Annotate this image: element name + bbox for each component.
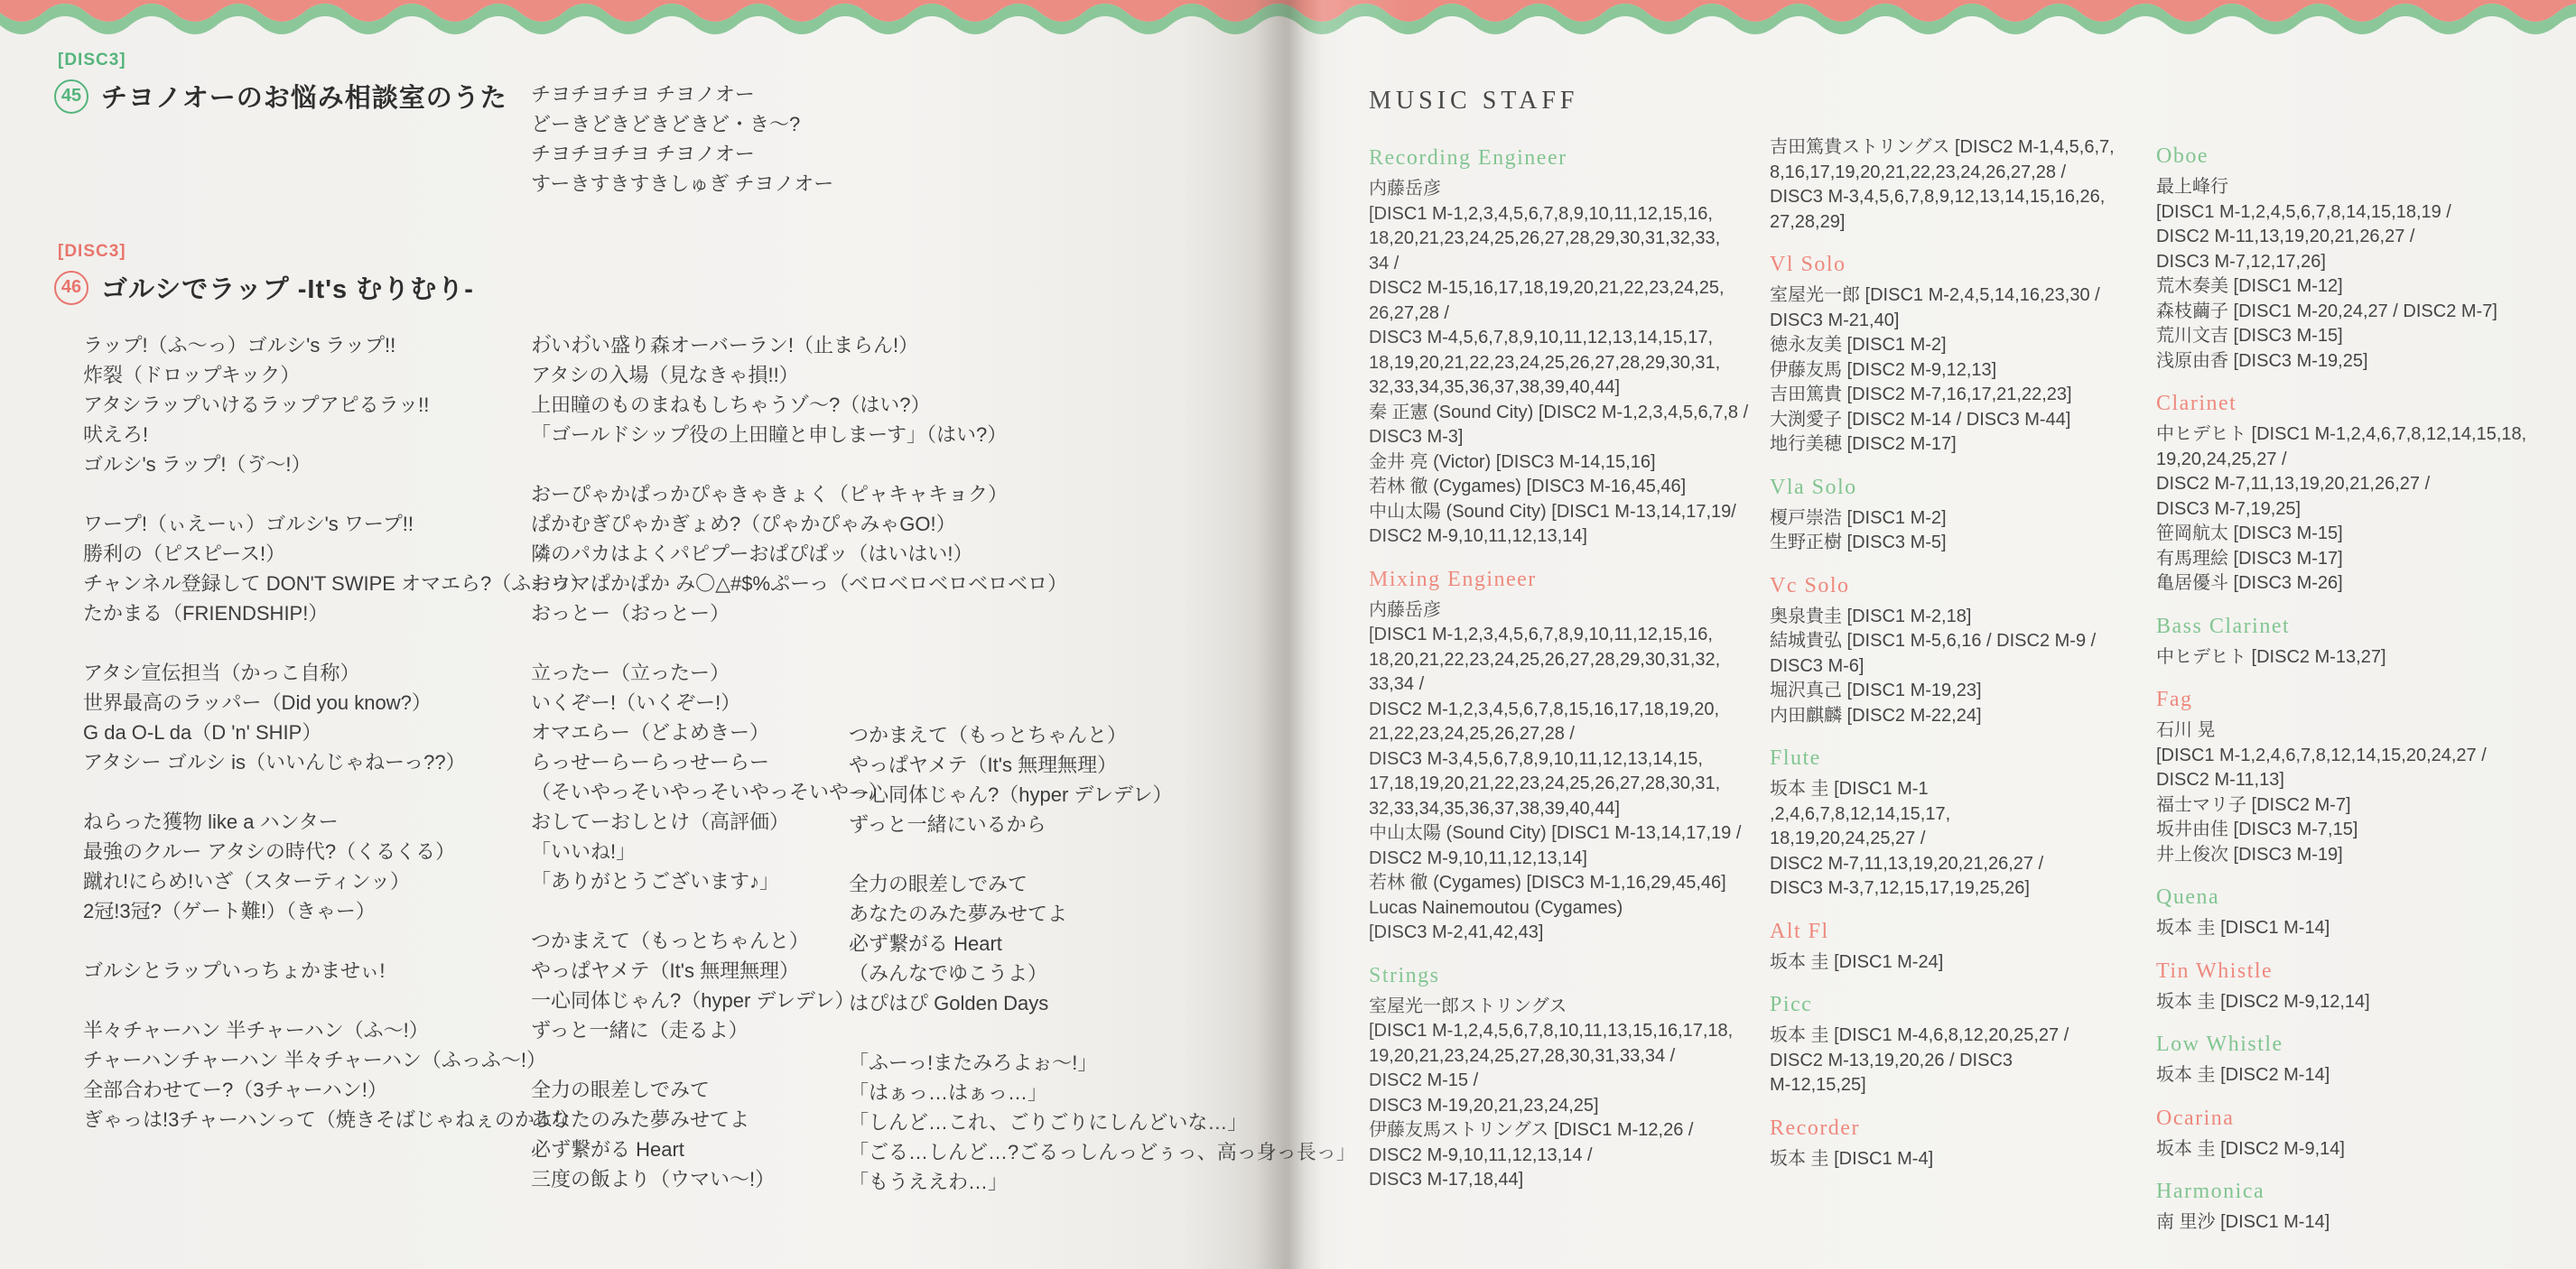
lyric-line: 上田瞳のものまねもしちゃうゾ〜?（はい?） (531, 390, 1067, 420)
credit-line: [DISC1 M-1,2,3,4,5,6,7,8,9,10,11,12,15,1… (1369, 202, 1748, 227)
staff-section: Recording Engineer内藤岳彦[DISC1 M-1,2,3,4,5… (1369, 143, 1748, 550)
lyric-line: どーきどきどきどきど・き〜? (531, 109, 833, 139)
credit-line: 34 / (1369, 252, 1748, 277)
staff-section: Alt Fl坂本 圭 [DISC1 M-24] (1770, 916, 2115, 976)
credit-line: 中山太陽 (Sound City) [DISC1 M-13,14,17,19 / (1369, 821, 1748, 847)
staff-section-heading: Vc Solo (1770, 570, 2115, 601)
credit-line: 大渕愛子 [DISC2 M-14 / DISC3 M-44] (1770, 408, 2115, 433)
lyric-line: アタシー ゴルシ is（いいんじゃねーっ??） (83, 747, 590, 777)
credit-line: 浅原由香 [DISC3 M-19,25] (2156, 349, 2526, 375)
staff-section-heading: Flute (1770, 743, 2115, 773)
lyric-block: おーぴゃかぱっかぴゃきゃきょく（ピャキャキョク）ぱかむぎぴゃかぎょめ?（ぴゃかぴ… (531, 479, 1067, 628)
credit-line: 南 里沙 [DISC1 M-14] (2156, 1210, 2526, 1236)
credit-line: 坂本 圭 [DISC2 M-9,14] (2156, 1137, 2526, 1162)
credit-line: 室屋光一郎ストリングス (1369, 995, 1748, 1020)
lyric-line: すーきすきすきしゅぎ チヨノオー (531, 169, 833, 199)
staff-section-heading: Alt Fl (1770, 916, 2115, 947)
lyric-line: 吠えろ! (83, 420, 590, 449)
credit-line: 坂本 圭 [DISC1 M-1 (1770, 777, 2115, 802)
credit-line: 坂本 圭 [DISC1 M-24] (1770, 950, 2115, 976)
credit-line: 坂本 圭 [DISC2 M-9,12,14] (2156, 990, 2526, 1015)
disc-label-track-46: [DISC3] (58, 242, 126, 262)
staff-section-heading: Tin Whistle (2156, 956, 2526, 986)
lyric-line: 世界最高のラッパー（Did you know?） (83, 688, 590, 718)
credit-line: DISC3 M-3,4,5,6,7,8,9,12,13,14,15,16,26, (1770, 185, 2115, 210)
lyric-line: ゴルシとラップいっちょかませぃ! (83, 956, 590, 986)
decorative-wave-banner (0, 0, 2576, 45)
lyric-line: 一心同体じゃん?（hyper デレデレ） (849, 780, 1356, 810)
lyric-line: つかまえて（もっとちゃんと） (849, 720, 1356, 750)
credit-line: M-12,15,25] (1770, 1073, 2115, 1098)
lyric-block: チヨチヨチヨ チヨノオーどーきどきどきどきど・き〜?チヨチヨチヨ チヨノオーすー… (531, 79, 833, 199)
lyric-block: ねらった獲物 like a ハンター最強のクルー アタシの時代?（くるくる）蹴れ… (83, 807, 590, 926)
credit-line: DISC2 M-1,2,3,4,5,6,7,8,15,16,17,18,19,2… (1369, 698, 1748, 723)
credit-line: DISC2 M-13,19,20,26 / DISC3 (1770, 1049, 2115, 1074)
staff-section: Vla Solo榎戸崇浩 [DISC1 M-2]生野正樹 [DISC3 M-5] (1770, 472, 2115, 556)
credit-line: 荒木奏美 [DISC1 M-12] (2156, 274, 2526, 300)
lyric-line: アタシラップいけるラップアピるラッ!! (83, 390, 590, 420)
staff-section: Strings室屋光一郎ストリングス[DISC1 M-1,2,4,5,6,7,8… (1369, 960, 1748, 1193)
lyric-line: ぎゃっは!3チャーハンって（焼きそばじゃねぇのかよ!） (83, 1105, 590, 1135)
credit-line: 32,33,34,35,36,37,38,39,40,44] (1369, 797, 1748, 822)
staff-section-heading: Oboe (2156, 141, 2526, 171)
credit-line: 室屋光一郎 [DISC1 M-2,4,5,14,16,23,30 / (1770, 283, 2115, 309)
credit-line: 井上俊次 [DISC3 M-19] (2156, 843, 2526, 868)
track-45-header: 45 チヨノオーのお悩み相談室のうた (54, 78, 507, 115)
credit-line: 坂本 圭 [DISC2 M-14] (2156, 1063, 2526, 1088)
lyric-line: 「はぁっ…はぁっ…」 (849, 1078, 1356, 1107)
credit-line: 中ヒデヒト [DISC1 M-1,2,4,6,7,8,12,14,15,18, (2156, 422, 2526, 448)
credit-line: 吉田篤貴ストリングス [DISC2 M-1,4,5,6,7, (1770, 135, 2115, 161)
credit-line: [DISC1 M-1,2,4,5,6,7,8,10,11,13,15,16,17… (1369, 1019, 1748, 1044)
lyric-line: ラップ!（ふ〜っ）ゴルシ's ラップ!! (83, 330, 590, 360)
staff-section: Harmonica南 里沙 [DISC1 M-14] (2156, 1176, 2526, 1236)
lyric-block: わ゙いわ゙い盛り森オーバーラン!（止まらん!）アタシの入場（見なきゃ損!!）上田… (531, 330, 1067, 449)
staff-section-heading: Vla Solo (1770, 472, 2115, 503)
credit-line: 内藤岳彦 (1369, 598, 1748, 624)
lyric-line: わ゙いわ゙い盛り森オーバーラン!（止まらん!） (531, 330, 1067, 360)
credit-line: 生野正樹 [DISC3 M-5] (1770, 531, 2115, 556)
credit-line: 8,16,17,19,20,21,22,23,24,26,27,28 / (1770, 161, 2115, 186)
lyric-line: 隣のパカはよくパピプーおぱぴぱッ（はいはい!） (531, 539, 1067, 569)
staff-section: Mixing Engineer内藤岳彦[DISC1 M-1,2,3,4,5,6,… (1369, 564, 1748, 946)
credit-line: 27,28,29] (1770, 210, 2115, 236)
credit-line: [DISC1 M-1,2,4,6,7,8,12,14,15,20,24,27 / (2156, 744, 2526, 769)
staff-column-2: 吉田篤貴ストリングス [DISC2 M-1,4,5,6,7,8,16,17,19… (1770, 135, 2115, 1186)
credit-line: 32,33,34,35,36,37,38,39,40,44] (1369, 375, 1748, 401)
credit-line: 有馬理絵 [DISC3 M-17] (2156, 547, 2526, 572)
lyric-line: 炸裂（ドロップキック） (83, 360, 590, 390)
lyric-line: チヨチヨチヨ チヨノオー (531, 139, 833, 169)
credit-line: 伊藤友馬 [DISC2 M-9,12,13] (1770, 358, 2115, 384)
lyric-line: 蹴れ!にらめ!いざ（スターティンッ） (83, 866, 590, 896)
credit-line: 吉田篤貴 [DISC2 M-7,16,17,21,22,23] (1770, 383, 2115, 408)
lyric-line: 全部合わせてー?（3チャーハン!） (83, 1075, 590, 1105)
credit-line: 亀居優斗 [DISC3 M-26] (2156, 571, 2526, 597)
lyric-line: チヨチヨチヨ チヨノオー (531, 79, 833, 109)
lyric-block: ワープ!（ぃえーぃ）ゴルシ's ワープ!!勝利の（ピスピース!）チャンネル登録し… (83, 509, 590, 628)
lyric-line: おっとー（おっとー） (531, 598, 1067, 628)
staff-section: Tin Whistle坂本 圭 [DISC2 M-9,12,14] (2156, 956, 2526, 1015)
credit-line: 17,18,19,20,21,22,23,24,25,26,27,28,30,3… (1369, 772, 1748, 797)
lyric-block: つかまえて（もっとちゃんと）やっぱヤメテ（It's 無理無理）一心同体じゃん?（… (849, 720, 1356, 839)
lyric-block: 半々チャーハン 半チャーハン（ふ〜!）チャーハンチャーハン 半々チャーハン（ふっ… (83, 1015, 590, 1135)
music-staff-title: MUSIC STAFF (1369, 87, 1579, 116)
staff-section: Vl Solo室屋光一郎 [DISC1 M-2,4,5,14,16,23,30 … (1770, 249, 2115, 458)
lyric-block: ラップ!（ふ〜っ）ゴルシ's ラップ!!炸裂（ドロップキック）アタシラップいける… (83, 330, 590, 479)
track-46-lyrics-column-3: つかまえて（もっとちゃんと）やっぱヤメテ（It's 無理無理）一心同体じゃん?（… (849, 720, 1356, 1227)
credit-line: 18,19,20,24,25,27 / (1770, 827, 2115, 852)
credit-line: 秦 正憲 (Sound City) [DISC2 M-1,2,3,4,5,6,7… (1369, 401, 1748, 426)
credit-line: DISC3 M-6] (1770, 654, 2115, 680)
lyric-line: G da O-L da（D 'n' SHIP） (83, 718, 590, 747)
staff-section-heading: Ocarina (2156, 1103, 2526, 1134)
credit-line: DISC2 M-15,16,17,18,19,20,21,22,23,24,25… (1369, 276, 1748, 301)
lyric-line: 「ごる…しんど…?ごるっしんっどぅっ、高っ身っ長っ」 (849, 1137, 1356, 1167)
credit-line: DISC2 M-7,11,13,19,20,21,26,27 / (2156, 472, 2526, 497)
lyric-line: アタシの入場（見なきゃ損!!） (531, 360, 1067, 390)
credit-line: DISC2 M-11,13] (2156, 768, 2526, 793)
lyric-line: ねらった獲物 like a ハンター (83, 807, 590, 837)
lyric-line: ずっと一緒にいるから (849, 810, 1356, 839)
credit-line: 堀沢真己 [DISC1 M-19,23] (1770, 679, 2115, 704)
lyric-line: ワープ!（ぃえーぃ）ゴルシ's ワープ!! (83, 509, 590, 539)
credit-line: DISC3 M-3] (1369, 425, 1748, 450)
lyric-line: 必ず繋がる Heart (849, 929, 1356, 959)
credit-line: 中ヒデヒト [DISC2 M-13,27] (2156, 645, 2526, 671)
staff-section: Oboe最上峰行[DISC1 M-1,2,4,5,6,7,8,14,15,18,… (2156, 141, 2526, 374)
credit-line: DISC3 M-19,20,21,23,24,25] (1369, 1094, 1748, 1119)
credit-line: 最上峰行 (2156, 175, 2526, 200)
credit-line: 伊藤友馬ストリングス [DISC1 M-12,26 / (1369, 1118, 1748, 1144)
staff-section: Bass Clarinet中ヒデヒト [DISC2 M-13,27] (2156, 611, 2526, 671)
staff-section-heading: Vl Solo (1770, 249, 2115, 280)
staff-section-heading: Quena (2156, 882, 2526, 912)
credit-line: DISC3 M-3,4,5,6,7,8,9,10,11,12,13,14,15, (1369, 747, 1748, 773)
credit-line: DISC3 M-4,5,6,7,8,9,10,11,12,13,14,15,17… (1369, 326, 1748, 351)
credit-line: DISC3 M-3,7,12,15,17,19,25,26] (1770, 876, 2115, 902)
lyric-line: チャンネル登録して DON'T SWIPE オマエら?（ふーっ） (83, 569, 590, 598)
credit-line: 若林 徹 (Cygames) [DISC3 M-16,45,46] (1369, 475, 1748, 500)
credit-line: 内田麒麟 [DISC2 M-22,24] (1770, 704, 2115, 729)
staff-section-heading: Strings (1369, 960, 1748, 991)
staff-section: Clarinet中ヒデヒト [DISC1 M-1,2,4,6,7,8,12,14… (2156, 388, 2526, 597)
credit-line: [DISC1 M-1,2,4,5,6,7,8,14,15,18,19 / (2156, 200, 2526, 226)
credit-line: DISC2 M-15 / (1369, 1069, 1748, 1094)
credit-line: Lucas Nainemoutou (Cygames) (1369, 896, 1748, 922)
credit-line: 18,19,20,21,22,23,24,25,26,27,28,29,30,3… (1369, 351, 1748, 376)
credit-line: 19,20,21,23,24,25,27,28,30,31,33,34 / (1369, 1044, 1748, 1070)
lyric-block: 全力の眼差しでみてあなたのみた夢みせてよ必ず繋がる Heart（みんなでゆこうよ… (849, 869, 1356, 1018)
staff-section: Recorder坂本 圭 [DISC1 M-4] (1770, 1113, 2115, 1172)
credit-line: 19,20,24,25,27 / (2156, 448, 2526, 473)
lyric-line: たかまる（FRIENDSHIP!） (83, 598, 590, 628)
credit-line: DISC2 M-9,10,11,12,13,14 / (1369, 1144, 1748, 1169)
lyric-line: チャーハンチャーハン 半々チャーハン（ふっふ〜!） (83, 1045, 590, 1075)
credit-line: 笹岡航太 [DISC3 M-15] (2156, 522, 2526, 547)
lyric-line: 「ふーっ!またみろよぉ〜!」 (849, 1048, 1356, 1078)
lyric-block: アタシ宣伝担当（かっこ自称）世界最高のラッパー（Did you know?）G … (83, 658, 590, 777)
lyric-line: ゴルシ's ラップ!（ゔ〜!） (83, 449, 590, 479)
lyric-line: はぴはぴ Golden Days (849, 988, 1356, 1018)
lyric-block: 「ふーっ!またみろよぉ〜!」「はぁっ…はぁっ…」「しんど…これ、ごりごりにしんど… (849, 1048, 1356, 1197)
disc-label-track-45: [DISC3] (58, 51, 126, 70)
credit-line: 坂本 圭 [DISC1 M-4,6,8,12,20,25,27 / (1770, 1024, 2115, 1049)
lyric-line: （みんなでゆこうよ） (849, 959, 1356, 988)
credit-line: [DISC1 M-1,2,3,4,5,6,7,8,9,10,11,12,15,1… (1369, 623, 1748, 648)
track-46-header: 46 ゴルシでラップ -It's むりむり- (54, 269, 474, 306)
credit-line: 内藤岳彦 (1369, 177, 1748, 202)
credit-line: 26,27,28 / (1369, 301, 1748, 327)
staff-section: Ocarina坂本 圭 [DISC2 M-9,14] (2156, 1103, 2526, 1162)
credit-line: 結城貴弘 [DISC1 M-5,6,16 / DISC2 M-9 / (1770, 629, 2115, 654)
track-46-title: ゴルシでラップ -It's むりむり- (101, 269, 474, 306)
lyric-line: ぱかむぎぴゃかぎょめ?（ぴゃかぴゃみゃGO!） (531, 509, 1067, 539)
lyric-line: 勝利の（ピスピース!） (83, 539, 590, 569)
credit-line: 坂本 圭 [DISC1 M-14] (2156, 916, 2526, 941)
staff-section-heading: Harmonica (2156, 1176, 2526, 1207)
lyric-line: いくぞー!（いくぞー!） (531, 688, 1067, 718)
staff-section: Picc坂本 圭 [DISC1 M-4,6,8,12,20,25,27 /DIS… (1770, 989, 2115, 1098)
track-45-title: チヨノオーのお悩み相談室のうた (101, 78, 507, 115)
staff-section: Fag石川 晃[DISC1 M-1,2,4,6,7,8,12,14,15,20,… (2156, 684, 2526, 867)
credit-line: 18,20,21,23,24,25,26,27,28,29,30,31,32,3… (1369, 227, 1748, 252)
lyric-line: 立ったー（立ったー） (531, 658, 1067, 688)
lyric-line: 「しんど…これ、ごりごりにしんどいな…」 (849, 1107, 1356, 1137)
staff-section: 吉田篤貴ストリングス [DISC2 M-1,4,5,6,7,8,16,17,19… (1770, 135, 2115, 235)
credit-line: 荒川文吉 [DISC3 M-15] (2156, 324, 2526, 349)
staff-section-heading: Recorder (1770, 1113, 2115, 1144)
staff-section-heading: Bass Clarinet (2156, 611, 2526, 642)
lyric-line: おーぴゃかぱっかぴゃきゃきょく（ピャキャキョク） (531, 479, 1067, 509)
credit-line: 若林 徹 (Cygames) [DISC3 M-1,16,29,45,46] (1369, 871, 1748, 896)
credit-line: 坂本 圭 [DISC1 M-4] (1770, 1147, 2115, 1172)
lyric-line: 全力の眼差しでみて (849, 869, 1356, 899)
lyric-line: 半々チャーハン 半チャーハン（ふ〜!） (83, 1015, 590, 1045)
staff-section: Vc Solo奥泉貴圭 [DISC1 M-2,18]結城貴弘 [DISC1 M-… (1770, 570, 2115, 729)
credit-line: DISC3 M-7,12,17,26] (2156, 250, 2526, 275)
credit-line: 徳永友美 [DISC1 M-2] (1770, 333, 2115, 358)
credit-line: 地行美穂 [DISC2 M-17] (1770, 432, 2115, 458)
credit-line: 福士マリ子 [DISC2 M-7] (2156, 793, 2526, 819)
staff-column-3: Oboe最上峰行[DISC1 M-1,2,4,5,6,7,8,14,15,18,… (2156, 141, 2526, 1250)
track-45-lyrics-column: チヨチヨチヨ チヨノオーどーきどきどきどきど・き〜?チヨチヨチヨ チヨノオーすー… (531, 79, 833, 228)
credit-line: DISC2 M-9,10,11,12,13,14] (1369, 847, 1748, 872)
credit-line: ,2,4,6,7,8,12,14,15,17, (1770, 802, 2115, 828)
staff-section: Quena坂本 圭 [DISC1 M-14] (2156, 882, 2526, 941)
staff-section-heading: Low Whistle (2156, 1029, 2526, 1060)
credit-line: DISC2 M-11,13,19,20,21,26,27 / (2156, 225, 2526, 250)
staff-section: Flute坂本 圭 [DISC1 M-1,2,4,6,7,8,12,14,15,… (1770, 743, 2115, 902)
credit-line: DISC3 M-17,18,44] (1369, 1168, 1748, 1193)
lyric-line: 「ゴールドシップ役の上田瞳と申しまーす」（はい?） (531, 420, 1067, 449)
credit-line: [DISC3 M-2,41,42,43] (1369, 921, 1748, 946)
lyric-line: アタシ宣伝担当（かっこ自称） (83, 658, 590, 688)
staff-section-heading: Fag (2156, 684, 2526, 715)
lyric-line: おウマぱかぱか み〇△#$%ぷーっ（ベロベロベロベロベロ） (531, 569, 1067, 598)
lyric-line: 「もうええわ…」 (849, 1167, 1356, 1197)
track-46-lyrics-column-1: ラップ!（ふ〜っ）ゴルシ's ラップ!!炸裂（ドロップキック）アタシラップいける… (83, 330, 590, 1164)
lyric-line: あなたのみた夢みせてよ (849, 899, 1356, 929)
credit-line: DISC3 M-7,19,25] (2156, 497, 2526, 523)
credit-line: 金井 亮 (Victor) [DISC3 M-14,15,16] (1369, 450, 1748, 476)
credit-line: DISC3 M-21,40] (1770, 309, 2115, 334)
credit-line: 33,34 / (1369, 672, 1748, 698)
credit-line: DISC2 M-9,10,11,12,13,14] (1369, 524, 1748, 550)
credit-line: 榎戸崇浩 [DISC1 M-2] (1770, 506, 2115, 532)
credit-line: 奥泉貴圭 [DISC1 M-2,18] (1770, 605, 2115, 630)
credit-line: DISC2 M-7,11,13,19,20,21,26,27 / (1770, 852, 2115, 877)
credit-line: 中山太陽 (Sound City) [DISC1 M-13,14,17,19/ (1369, 500, 1748, 525)
staff-section: Low Whistle坂本 圭 [DISC2 M-14] (2156, 1029, 2526, 1088)
track-46-number-badge: 46 (54, 271, 88, 305)
credit-line: 18,20,21,22,23,24,25,26,27,28,29,30,31,3… (1369, 648, 1748, 673)
lyric-line: やっぱヤメテ（It's 無理無理） (849, 750, 1356, 780)
credit-line: 石川 晃 (2156, 718, 2526, 744)
staff-section-heading: Mixing Engineer (1369, 564, 1748, 595)
credit-line: 21,22,23,24,25,26,27,28 / (1369, 722, 1748, 747)
credit-line: 坂井由佳 [DISC3 M-7,15] (2156, 818, 2526, 843)
lyric-block: ゴルシとラップいっちょかませぃ! (83, 956, 590, 986)
credit-line: 森枝繭子 [DISC1 M-20,24,27 / DISC2 M-7] (2156, 300, 2526, 325)
staff-section-heading: Clarinet (2156, 388, 2526, 419)
staff-column-1: Recording Engineer内藤岳彦[DISC1 M-1,2,3,4,5… (1369, 143, 1748, 1208)
lyric-line: 2冠!3冠?（ゲート難!）（きゃー） (83, 896, 590, 926)
staff-section-heading: Recording Engineer (1369, 143, 1748, 173)
staff-section-heading: Picc (1770, 989, 2115, 1020)
track-45-number-badge: 45 (54, 79, 88, 114)
lyric-line: 最強のクルー アタシの時代?（くるくる） (83, 837, 590, 866)
